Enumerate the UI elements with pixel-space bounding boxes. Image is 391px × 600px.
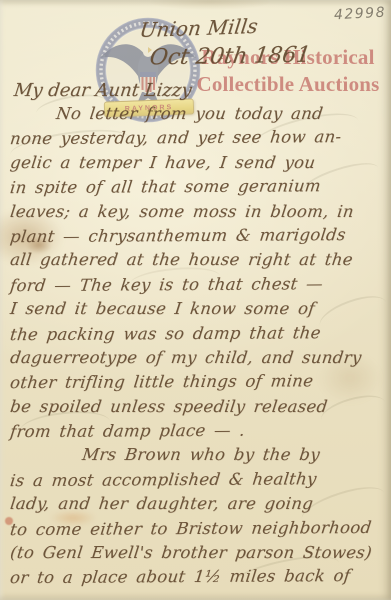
letter-line: the packing was so damp that the bbox=[8, 322, 384, 349]
letter-line: other trifling little things of mine bbox=[8, 371, 384, 398]
letter-date: Oct 20th 1861 bbox=[148, 43, 312, 71]
letter-line: I send it because I know some of bbox=[9, 299, 385, 323]
letter-line: is a most accomplished & healthy bbox=[8, 469, 384, 496]
letter-line: be spoiled unless speedily released bbox=[9, 397, 385, 421]
letter-line: ford — The key is to that chest — bbox=[8, 274, 384, 301]
letter-line: none yesterday, and yet see how an- bbox=[8, 127, 384, 154]
letter-line: all gathered at the house right at the bbox=[9, 250, 385, 274]
letter-line: from that damp place — . bbox=[8, 420, 384, 447]
paper-stain bbox=[150, 0, 270, 10]
letter-line: or to a place about 1½ miles back of bbox=[8, 566, 384, 593]
letter-line: (to Genl Ewell's brother parson Stowes) bbox=[9, 543, 385, 567]
letter-line: No letter from you today and bbox=[9, 104, 385, 128]
letter-place: Union Mills bbox=[138, 14, 259, 42]
letter-line: to come either to Bristow neighborhood bbox=[8, 518, 384, 545]
letter-line: lady, and her daughter, are going bbox=[9, 494, 385, 518]
letter-body: No letter from you today andnone yesterd… bbox=[10, 104, 383, 592]
letter-line: daguerreotype of my child, and sundry bbox=[9, 348, 385, 372]
letter-line: plant — chrysanthemum & marigolds bbox=[8, 225, 384, 252]
letter-line: gelic a temper I have, I send you bbox=[9, 153, 385, 177]
letter-line: leaves; a key, some moss in bloom, in bbox=[9, 202, 385, 226]
watermark-line2: Collectible Auctions bbox=[196, 71, 380, 98]
letter-line: Mrs Brown who by the by bbox=[9, 445, 385, 469]
letter-page: 42998 bbox=[0, 0, 391, 600]
letter-line: in spite of all that some geranium bbox=[8, 176, 384, 203]
catalog-number: 42998 bbox=[334, 5, 387, 24]
letter-salutation: My dear Aunt Lizzy bbox=[13, 80, 193, 101]
